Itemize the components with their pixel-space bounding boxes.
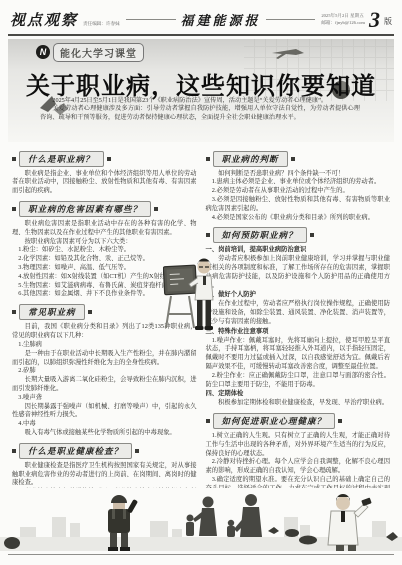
subsection-title: 一、岗前培训，提高职业病防治意识 [206,246,391,255]
masthead-rule-right [266,19,316,20]
footer-rule [8,554,394,555]
list-item: 3.必须是因接触粉尘、放射性物质和其他有毒、有害物质等职业病危害因素引起的。 [206,196,391,214]
section-heading: 常见职业病 [12,304,197,320]
section-title: 如何预防职业病？ [213,227,307,243]
list-item: 1.患病主体必须是企业、事业单位或个体经济组织的劳动者。 [206,178,391,187]
section-mental-health: 如何促进职业心理健康？ 1.树立正确的人生观。只有树立了正确的人生观，才能正确对… [206,413,391,488]
square-bullet-icon [12,207,16,211]
section-heading: 如何促进职业心理健康？ [206,413,391,429]
article-headline: 关于职业病，这些知识你要知道 [8,66,394,101]
square-bullet-icon [135,449,139,453]
list-item: 2.冷静对待挫折心理。每个人应学会自我调整，化解不良心理因素的影响，形成正确的自… [206,458,391,476]
page-unit-label: 版 [384,16,392,27]
banner: N 能化大学习课堂 关于职业病，这些知识你要知道 2025年4月25日至5月1日… [8,39,394,142]
square-bullet-icon [206,157,210,161]
section-heading: 什么是职业病？ [12,151,197,167]
worker-figure [108,495,138,551]
square-bullet-icon [338,419,342,423]
masthead-center: 福建能源报 [126,10,316,29]
paragraph: 职业病是指企业、事业单位和个体经济组织等用人单位的劳动者在职业活动中，因接触粉尘… [12,170,197,196]
section-prevention: 如何预防职业病？ 一、岗前培训，提高职业病防治意识 劳动者应积极参加上岗前职业健… [206,227,391,408]
masthead-right: 2025年5月2日 星期五 邮箱：fjnyb@126.com 3 版 [321,10,392,30]
paragraph: 目前，我国《职业病分类和目录》列出了12类135种职业病，常见的职业病有以下几种… [12,323,197,341]
list-item: 4.必须是国家公布的《职业病分类和目录》所列的职业病。 [206,214,391,223]
issue-meta: 2025年5月2日 星期五 邮箱：fjnyb@126.com [321,12,365,28]
list-item: 2.粉尘作业：应正确佩戴防尘口罩，注意口罩与面部的密合性。防尘口罩主要用于防尘，… [206,372,391,390]
paragraph: 职业病危害因素是指职业活动中存在的各种有害的化学、物理、生物因素以及在作业过程中… [12,220,197,238]
list-item: 1.粉尘：如矽尘、水泥粉尘、木粉尘等。 [12,246,197,255]
list-item: 1.尘肺病 [12,341,197,350]
editor-note: 责任编辑：许春妹 [83,21,120,27]
list-item: 6.其他因素：如金属烟、井下不良作业条件等。 [12,290,197,299]
list-item: 1.噪声作业：佩戴耳塞时，先将耳廓向上提拉，使耳甲腔呈平直状态，手持耳塞柄，将耳… [206,337,391,372]
masthead-left: 视点观察 责任编辑：许春妹 [10,9,120,30]
square-bullet-icon [12,157,16,161]
intro-block: 2025年4月25日至5月1日是我国第23个《职业病防治法》宣传周，活动主题是“… [40,97,360,124]
section-title: 如何促进职业心理健康？ [213,413,336,429]
workers-skyline-illustration [0,493,402,551]
paragraph: 如何判断是否患职业病？四个条件缺一不可！ [206,170,391,179]
list-item: 2.化学因素：如铅及其化合物、汞、正己烷等。 [12,255,197,264]
section-common-diseases: 常见职业病 目前，我国《职业病分类和目录》列出了12类135种职业病，常见的职业… [12,304,197,438]
right-column: 职业病的判断 如何判断是否患职业病？四个条件缺一不可！ 1.患病主体必须是企业、… [206,148,391,488]
square-bullet-icon [206,419,210,423]
masthead-rule-left [126,19,176,20]
section-heading: 什么是职业健康检查？ [12,443,197,459]
doctor-figure [328,494,372,551]
list-item: 2.矽肺 [12,367,197,376]
subsection-title: 三、特殊作业注意事项 [206,328,391,337]
list-item: 3.物理因素：如噪声、高温、低气压等。 [12,264,197,273]
masthead-divider [8,34,394,36]
paragraph: 劳动者应积极参加上岗前职业健康培训，学习并掌握与职业健康相关的各项制度和标准，了… [206,255,391,290]
square-bullet-icon [291,157,295,161]
date-line: 2025年5月2日 星期五 [321,12,365,20]
section-brand: 视点观察 [10,9,78,30]
section-title: 什么是职业健康检查？ [19,443,132,459]
square-bullet-icon [310,233,314,237]
section-health-examination: 什么是职业健康检查？ 职业健康检查是指医疗卫生机构按照国家有关规定，对从事接触职… [12,443,197,488]
square-bullet-icon [107,157,111,161]
masthead: 视点观察 责任编辑：许春妹 福建能源报 2025年5月2日 星期五 邮箱：fjn… [0,0,402,32]
paper-name: 福建能源报 [181,10,261,29]
square-bullet-icon [12,449,16,453]
family-silhouettes [186,494,262,537]
contact-line: 邮箱：fjnyb@126.com [321,19,365,27]
square-bullet-icon [12,310,16,314]
left-column: 什么是职业病？ 职业病是指企业、事业单位和个体经济组织等用人单位的劳动者在职业活… [12,148,197,488]
section-heading: 职业病的危害因素有哪些？ [12,201,197,217]
list-item: 4.中毒 [12,420,197,429]
intro-paragraph: 关爱劳动者心理健康涉及多方面：引导劳动者掌握自我防护技能，增强用人单位守法自觉性… [40,105,360,123]
logo-badge: N 能化大学习课堂 [36,43,144,62]
paragraph: 长期大量吸入游离二氧化硅粉尘，会导致粉尘在肺内沉积，进而引发肺纤维化。 [12,376,197,394]
section-heading: 如何预防职业病？ [206,227,391,243]
list-item: 2.必须是劳动者在从事职业活动的过程中产生的。 [206,187,391,196]
logo-label: 能化大学习课堂 [53,43,144,62]
paragraph: 因长期暴露于强噪声（如机械、打磨等噪声）中，引起的永久性感音神经性听力损失。 [12,403,197,421]
article-columns: 什么是职业病？ 职业病是指企业、事业单位和个体经济组织等用人单位的劳动者在职业活… [0,142,402,488]
page-number: 3 [369,10,380,30]
section-title: 职业病的危害因素有哪些？ [19,201,151,217]
paragraph: 是一种由于在职业活动中长期吸入生产性粉尘，并在肺内潴留而引起的，以肺组织弥漫性纤… [12,350,197,368]
list-item: 3.噪声聋 [12,394,197,403]
list-item: 4.放射性因素：如X射线装置（如CT机）产生的X射线辐射等。 [12,273,197,282]
section-hazard-factors: 职业病的危害因素有哪些？ 职业病危害因素是指职业活动中存在的各种有害的化学、物理… [12,201,197,299]
paragraph: 积极参加定期体检和职业健康检查，早发现、早治疗职业病。 [206,399,391,408]
section-title: 常见职业病 [19,304,85,320]
paragraph: 在作业过程中，劳动者应严格执行岗位操作规程，正确使用防护设施和设备，如除尘装置、… [206,300,391,326]
section-title: 职业病的判断 [213,151,288,167]
paragraph: 职业健康检查是指医疗卫生机构按照国家有关规定，对从事接触职业病危害作业的劳动者进… [12,462,197,488]
plane-icon [270,45,306,61]
subsection-title: 二、做好个人防护 [206,291,391,300]
newspaper-page: 视点观察 责任编辑：许春妹 福建能源报 2025年5月2日 星期五 邮箱：fjn… [0,0,402,565]
section-what-is-occupational-disease: 什么是职业病？ 职业病是指企业、事业单位和个体经济组织等用人单位的劳动者在职业活… [12,151,197,196]
square-bullet-icon [206,233,210,237]
square-bullet-icon [88,310,92,314]
logo-circle-icon: N [36,45,50,59]
paragraph: 吸入有毒气体或接触某些化学物质所引起的中毒现象。 [12,429,197,438]
square-bullet-icon [154,207,158,211]
section-title: 什么是职业病？ [19,151,104,167]
section-heading: 职业病的判断 [206,151,391,167]
list-item: 1.树立正确的人生观。只有树立了正确的人生观，才能正确对待工作与生活中出现的各种… [206,432,391,458]
list-item: 3.确定适度的期望水准。要在充分认识自己的基础上确定自己的奋斗目标，选择适合的工… [206,476,391,487]
subsection-title: 四、定期体检 [206,390,391,399]
scatter-shapes [4,527,398,549]
section-disease-judgement: 职业病的判断 如何判断是否患职业病？四个条件缺一不可！ 1.患病主体必须是企业、… [206,151,391,223]
